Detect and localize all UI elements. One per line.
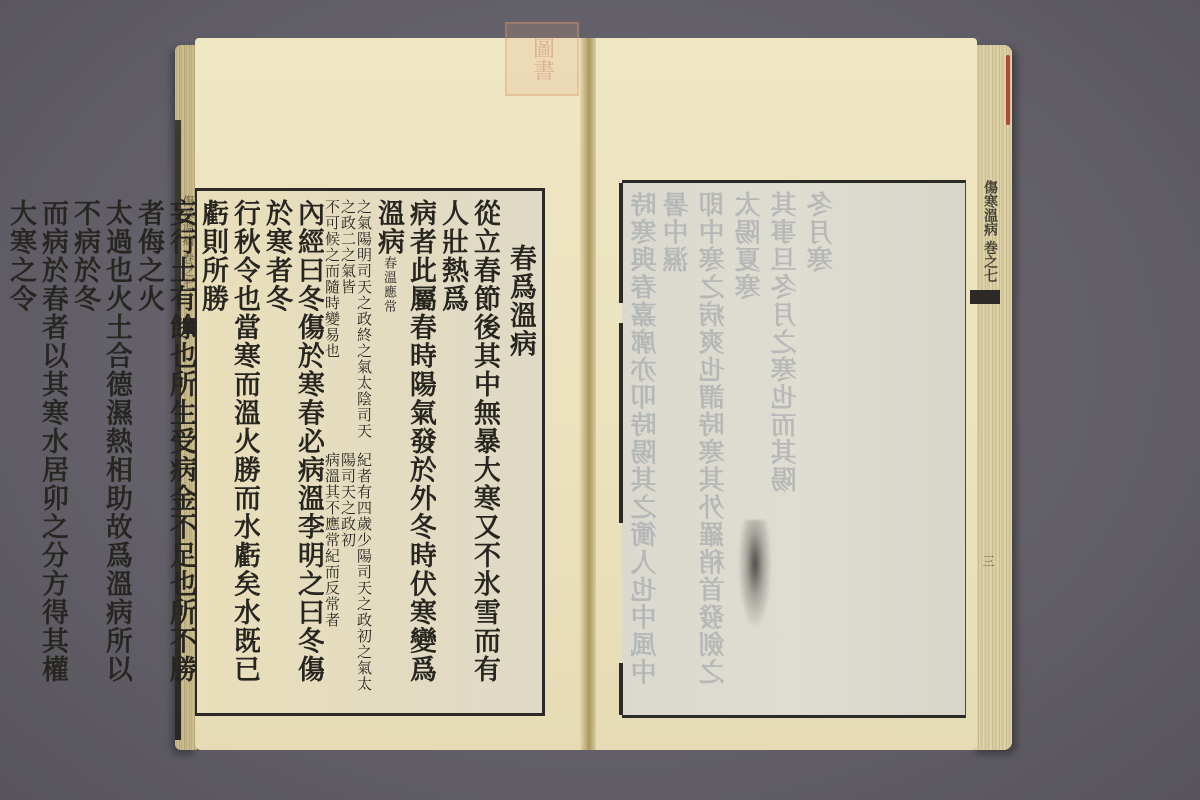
ink-stain <box>738 520 772 630</box>
text-column-6: 太過也火土合德濕熱相助故爲溫病所以不病於冬 <box>68 199 132 704</box>
text-column-2: 病者此屬春時陽氣發於外冬時伏寒變爲溫病春溫應常 <box>372 199 436 704</box>
small-note-column-2: 之氣陽明司天之政終之氣太陰司天之政二之氣皆 <box>340 199 372 452</box>
text-column-1: 從立春節後其中無暴大寒又不氷雪而有人壯熱爲 <box>436 199 500 704</box>
inline-note: 春溫應常 <box>381 256 396 314</box>
bleed-through-text: 時寒與春嘉廓亦叩時陽其之衝人也中風中暑中濕 即中寒之病爽也謂時寒其外羅稍首發劍之… <box>630 191 838 701</box>
text-column-4: 行秋令也當寒而溫火勝而水虧矣水既已虧則所勝 <box>196 199 260 704</box>
left-text-columns: 春爲溫病 從立春節後其中無暴大寒又不氷雪而有人壯熱爲 病者此屬春時陽氣發於外冬時… <box>4 199 536 704</box>
frame-border-segment <box>619 663 623 715</box>
small-note-column-4: 不可候之而隨時變易也 <box>324 199 340 452</box>
ghost-column-5: 冬月寒 <box>806 191 838 701</box>
small-note-column-1: 紀者有四歲少陽司天之政初之氣太陽司天之政初 <box>340 452 372 705</box>
ghost-column-2: 即中寒之病爽也謂時寒其外羅稍首發劍之 <box>698 191 730 701</box>
seal-text: 圖書 <box>527 37 558 81</box>
ghost-column-4: 其事旦冬月之寒也而其陽 <box>770 191 802 701</box>
page-number: 三 <box>975 555 997 595</box>
left-text-frame: 春爲溫病 從立春節後其中無暴大寒又不氷雪而有人壯熱爲 病者此屬春時陽氣發於外冬時… <box>195 188 545 716</box>
book-gutter <box>580 38 596 750</box>
red-cover-edge <box>1006 55 1010 125</box>
text-column-5: 妄行土有餘也所生受病金不足也所不勝者侮之火 <box>132 199 196 704</box>
right-page-stack-edge <box>972 45 1012 750</box>
ghost-column-1: 時寒與春嘉廓亦叩時陽其之衝人也中風中暑中濕 <box>630 191 694 701</box>
text-column-7: 而病於春者以其寒水居卯之分方得其權大寒之令 <box>4 199 68 704</box>
small-note-pair-2: 病溫其不應常紀而反常者 不可候之而隨時變易也 <box>324 199 340 704</box>
right-text-frame: 時寒與春嘉廓亦叩時陽其之衝人也中風中暑中濕 即中寒之病爽也謂時寒其外羅稍首發劍之… <box>622 180 966 718</box>
fishtail-mark-right <box>970 290 1000 304</box>
library-seal-stamp: 圖書 <box>505 22 579 96</box>
open-book: 圖書 傷寒溫病 巻之七 春爲溫病 從立春節後其中無暴大寒又不氷雪而有人壯熱爲 病… <box>0 0 1200 800</box>
text-column-3: 內經曰冬傷於寒春必病溫李明之曰冬傷於寒者冬 <box>260 199 324 704</box>
section-heading: 春爲溫病 <box>504 199 536 749</box>
small-note-column-3: 病溫其不應常紀而反常者 <box>324 452 340 705</box>
small-note-pair-1: 紀者有四歲少陽司天之政初之氣太陽司天之政初 之氣陽明司天之政終之氣太陰司天之政二… <box>340 199 372 704</box>
frame-border-segment <box>619 183 623 303</box>
frame-border-segment <box>619 323 623 523</box>
